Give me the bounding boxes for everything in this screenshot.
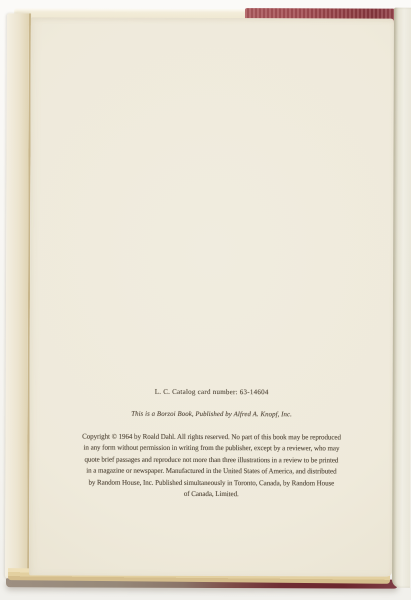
borzoi-book-line: This is a Borzoi Book, Published by Alfr… — [62, 410, 362, 419]
page-left-edges — [5, 13, 31, 579]
open-book: L. C. Catalog card number: 63-14604 This… — [4, 5, 411, 588]
copyright-page: L. C. Catalog card number: 63-14604 This… — [29, 17, 394, 576]
copyright-line: quote brief passages and reproduce not m… — [66, 454, 357, 466]
copyright-line: of Canada, Limited. — [66, 489, 357, 501]
facing-page-fold — [392, 8, 411, 588]
imprint-text-block: L. C. Catalog card number: 63-14604 This… — [61, 387, 361, 500]
copyright-line: by Random House, Inc. Published simultan… — [66, 477, 357, 489]
copyright-line: in a magazine or newspaper. Manufactured… — [66, 466, 357, 478]
copyright-line: in any form without permission in writin… — [66, 443, 357, 455]
copyright-paragraph: Copyright © 1964 by Roald Dahl. All righ… — [66, 432, 357, 501]
copyright-line: Copyright © 1964 by Roald Dahl. All righ… — [66, 432, 357, 444]
book-photo: L. C. Catalog card number: 63-14604 This… — [0, 0, 411, 600]
catalog-number-line: L. C. Catalog card number: 63-14604 — [62, 387, 362, 396]
